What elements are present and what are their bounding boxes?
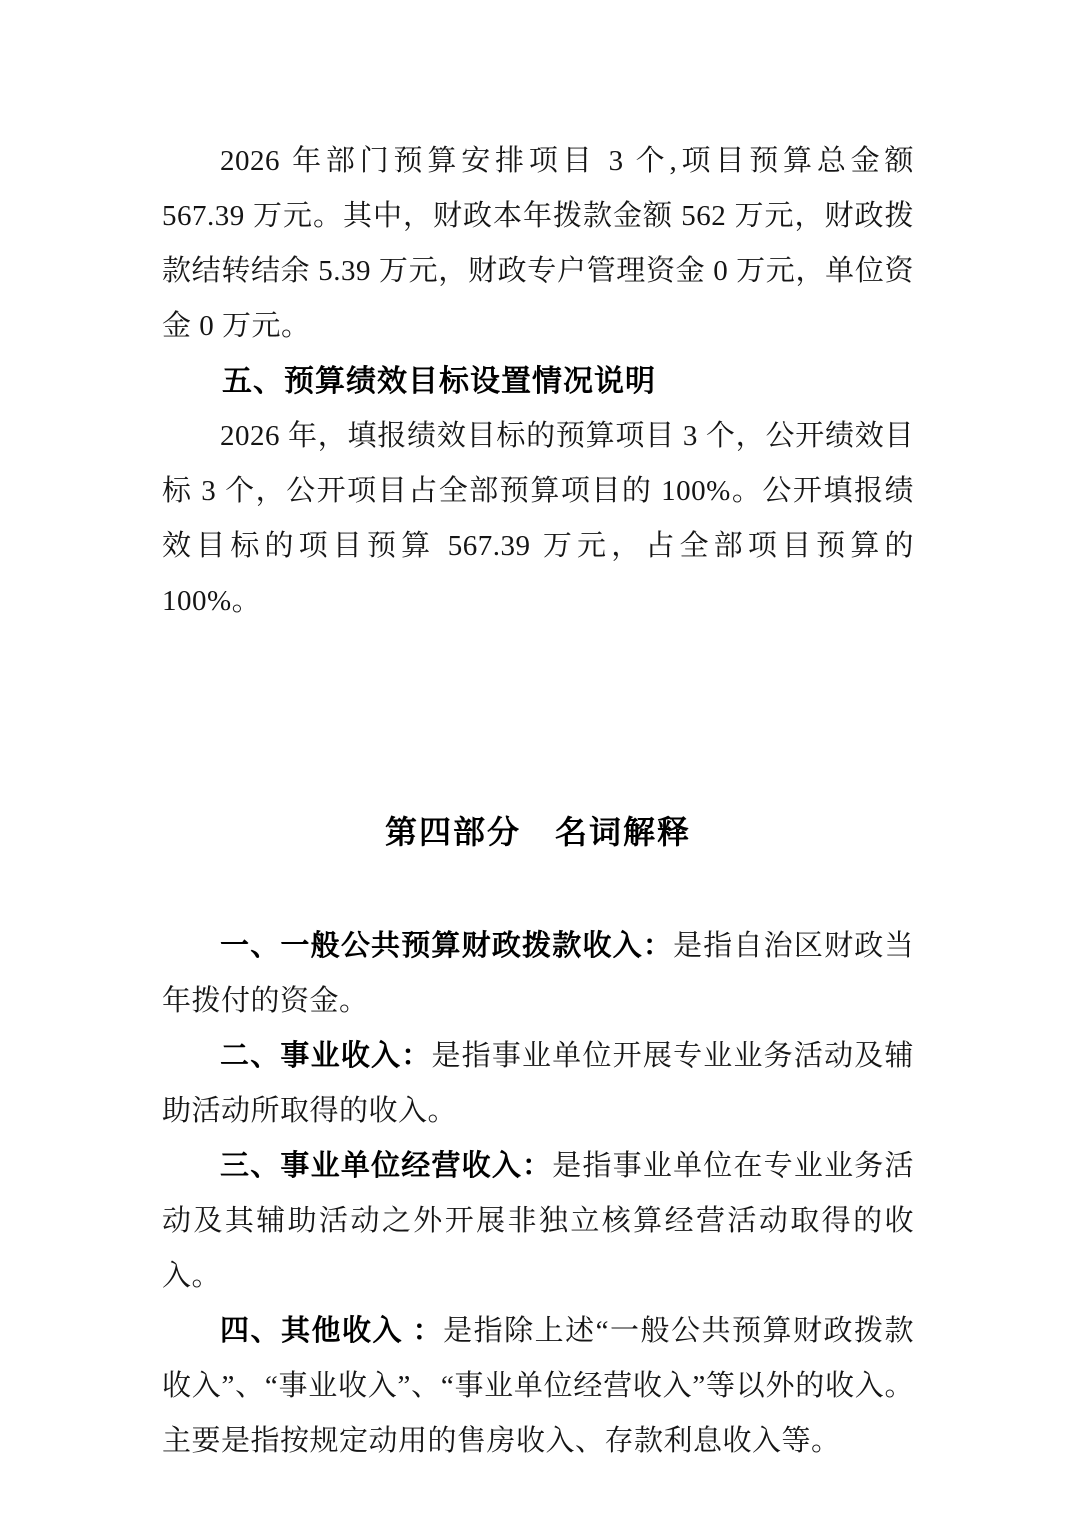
- section-heading-performance-targets: 五、预算绩效目标设置情况说明: [162, 354, 914, 409]
- paragraph-project-budget: 2026 年部门预算安排项目 3 个,项目预算总金额 567.39 万元。其中，…: [162, 134, 914, 354]
- document-page: 2026 年部门预算安排项目 3 个,项目预算总金额 567.39 万元。其中，…: [0, 0, 1074, 1520]
- definition-item-business-income: 二、事业收入：是指事业单位开展专业业务活动及辅助活动所取得的收入。: [162, 1029, 914, 1139]
- definition-term: 一、一般公共预算财政拨款收入：: [220, 930, 673, 962]
- definition-term: 四、其他收入 ：: [220, 1315, 443, 1347]
- part-four-title: 第四部分 名词解释: [162, 805, 914, 860]
- definition-term: 三、事业单位经营收入：: [220, 1150, 552, 1182]
- paragraph-performance-targets: 2026 年，填报绩效目标的预算项目 3 个，公开绩效目标 3 个，公开项目占全…: [162, 409, 914, 629]
- definition-item-other-income: 四、其他收入 ：是指除上述“一般公共预算财政拨款收入”、“事业收入”、“事业单位…: [162, 1304, 914, 1469]
- definition-term: 二、事业收入：: [220, 1040, 431, 1072]
- definition-item-operating-income: 三、事业单位经营收入：是指事业单位在专业业务活动及其辅助活动之外开展非独立核算经…: [162, 1139, 914, 1304]
- definition-item-general-public-budget: 一、一般公共预算财政拨款收入：是指自治区财政当年拨付的资金。: [162, 919, 914, 1029]
